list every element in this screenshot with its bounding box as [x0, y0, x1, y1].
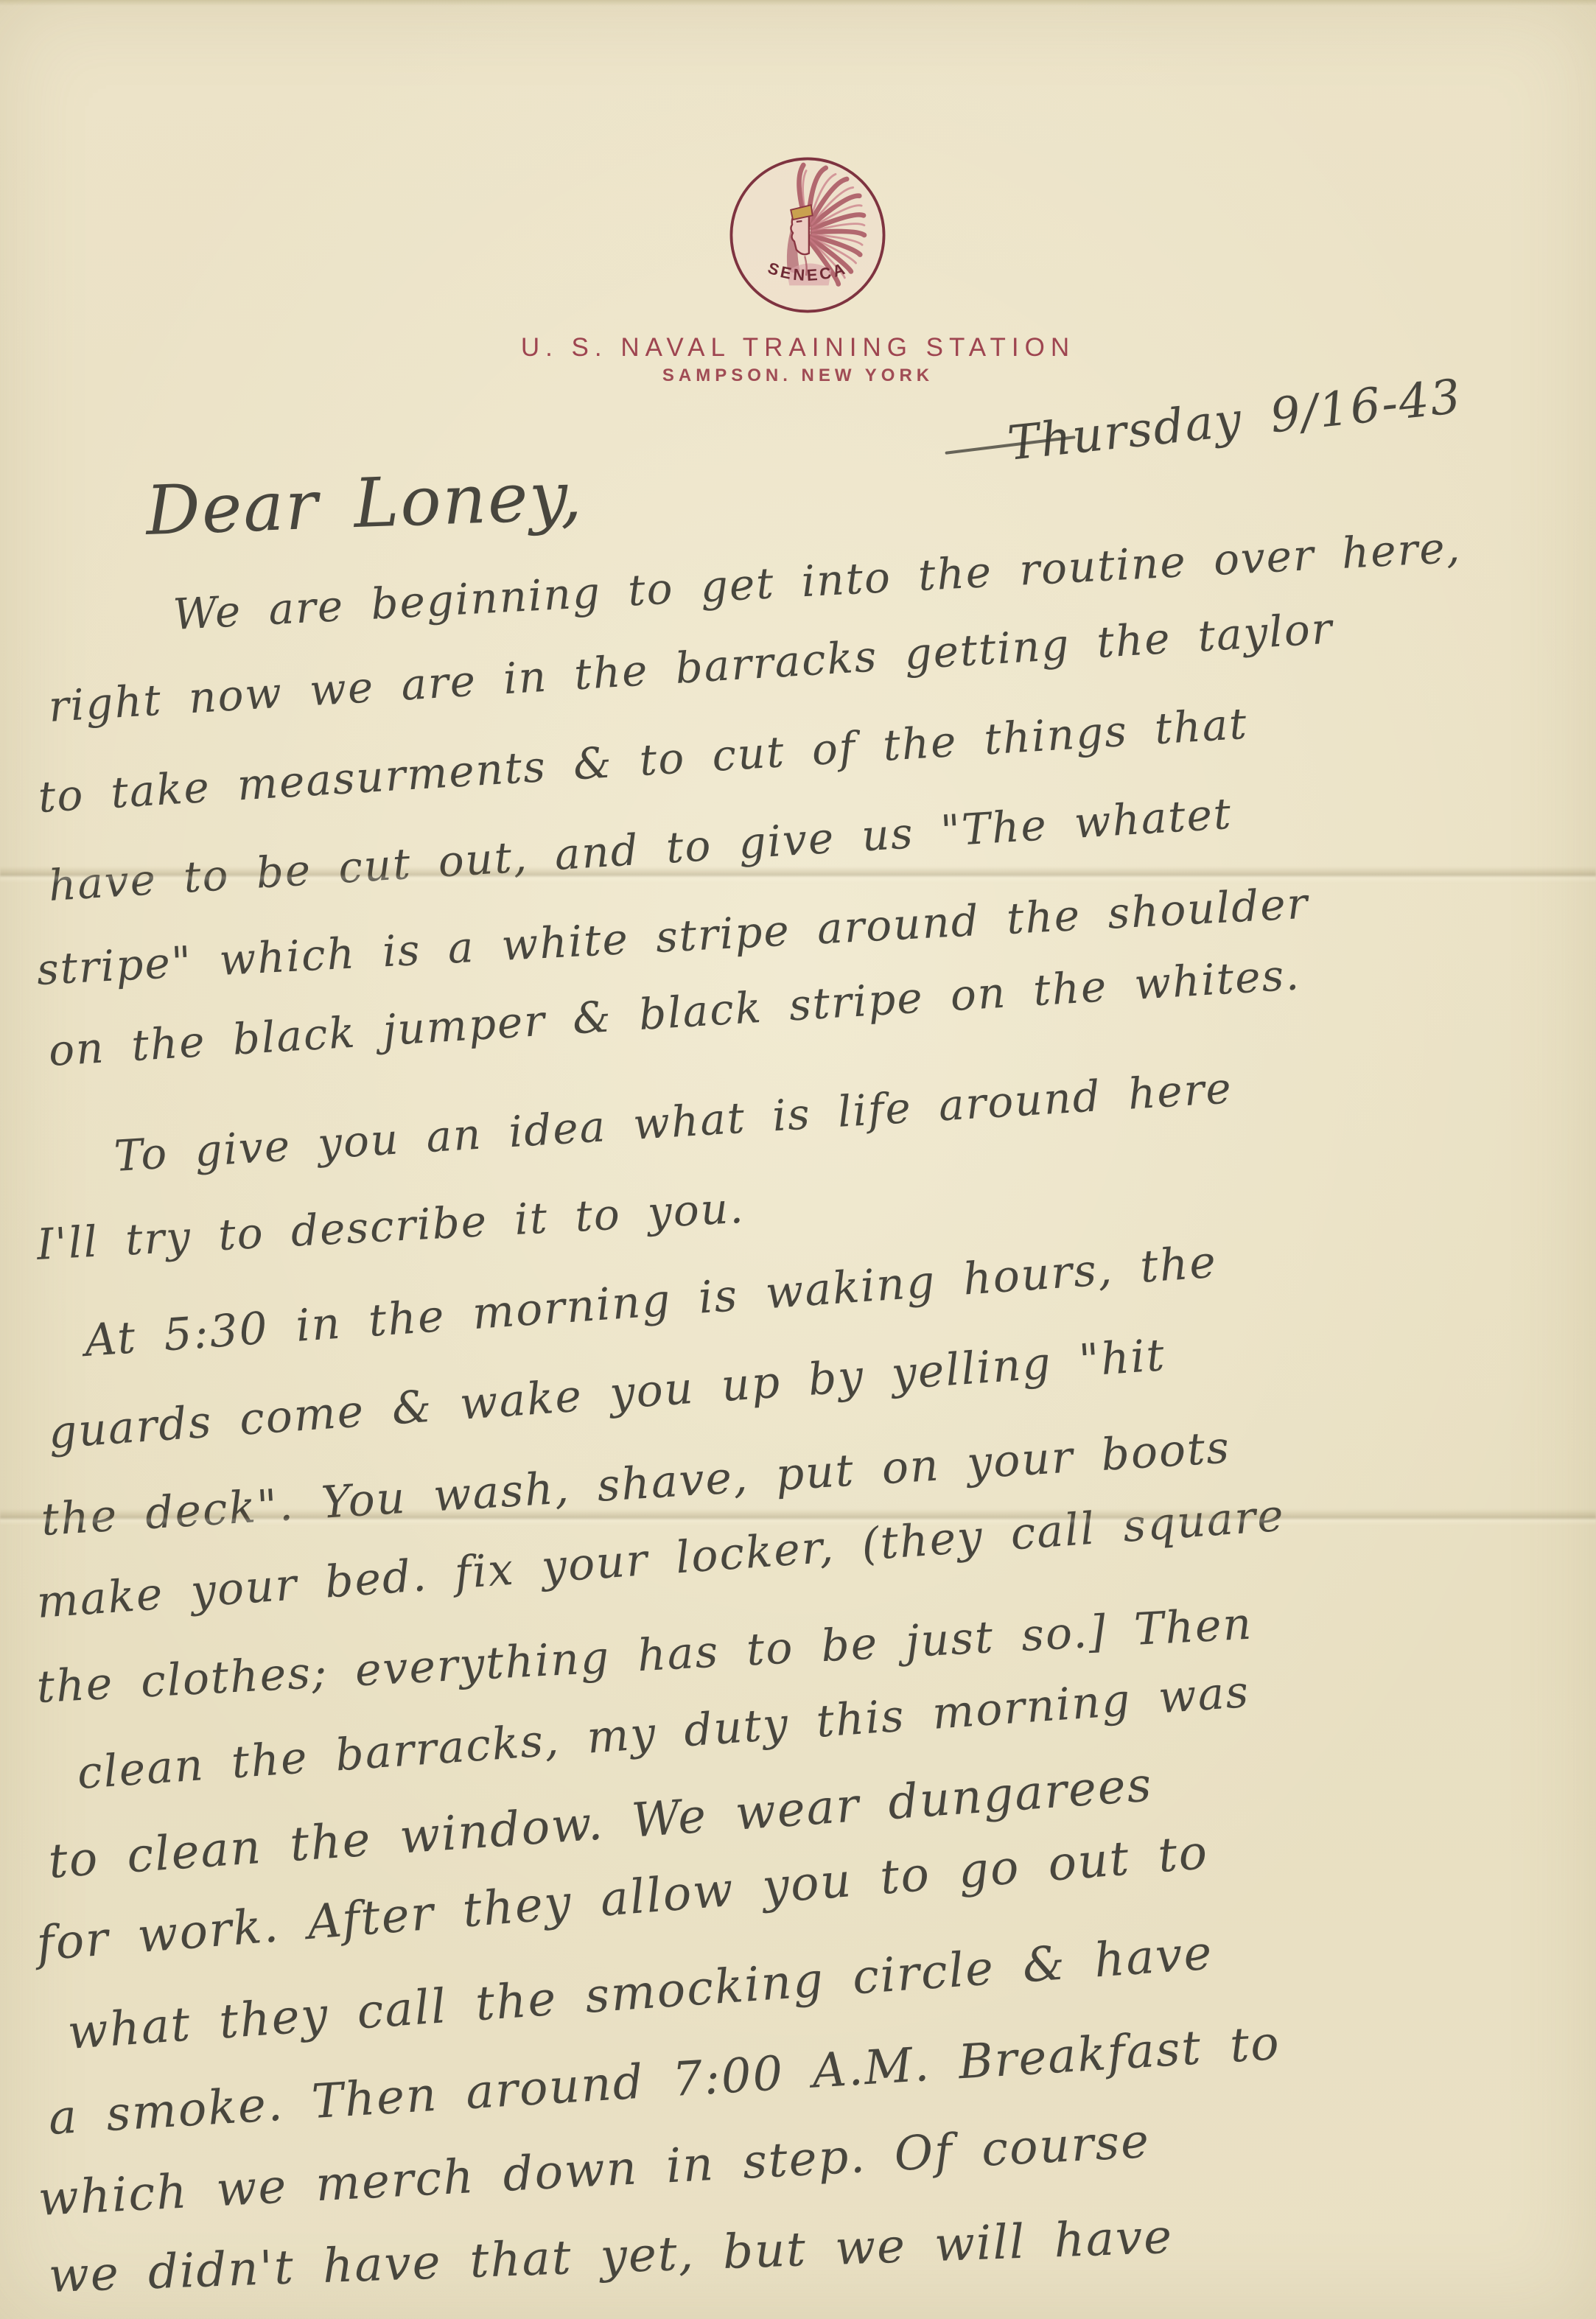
seneca-emblem: SENECA	[724, 150, 892, 321]
letter-line: To give you an idea what is life around …	[113, 1063, 1234, 1181]
seneca-chief-icon: SENECA	[724, 150, 892, 321]
letter-page: SENECA U. S. NAVAL TRAINING STATION SAMP…	[0, 0, 1596, 2319]
letterhead-station: U. S. NAVAL TRAINING STATION	[0, 333, 1596, 363]
letter-line: I'll try to describe it to you.	[35, 1183, 746, 1270]
salutation: Dear Loney,	[144, 456, 584, 550]
letter-line: we didn't have that yet, but we will hav…	[48, 2210, 1174, 2304]
paper-top-edge	[0, 0, 1596, 6]
